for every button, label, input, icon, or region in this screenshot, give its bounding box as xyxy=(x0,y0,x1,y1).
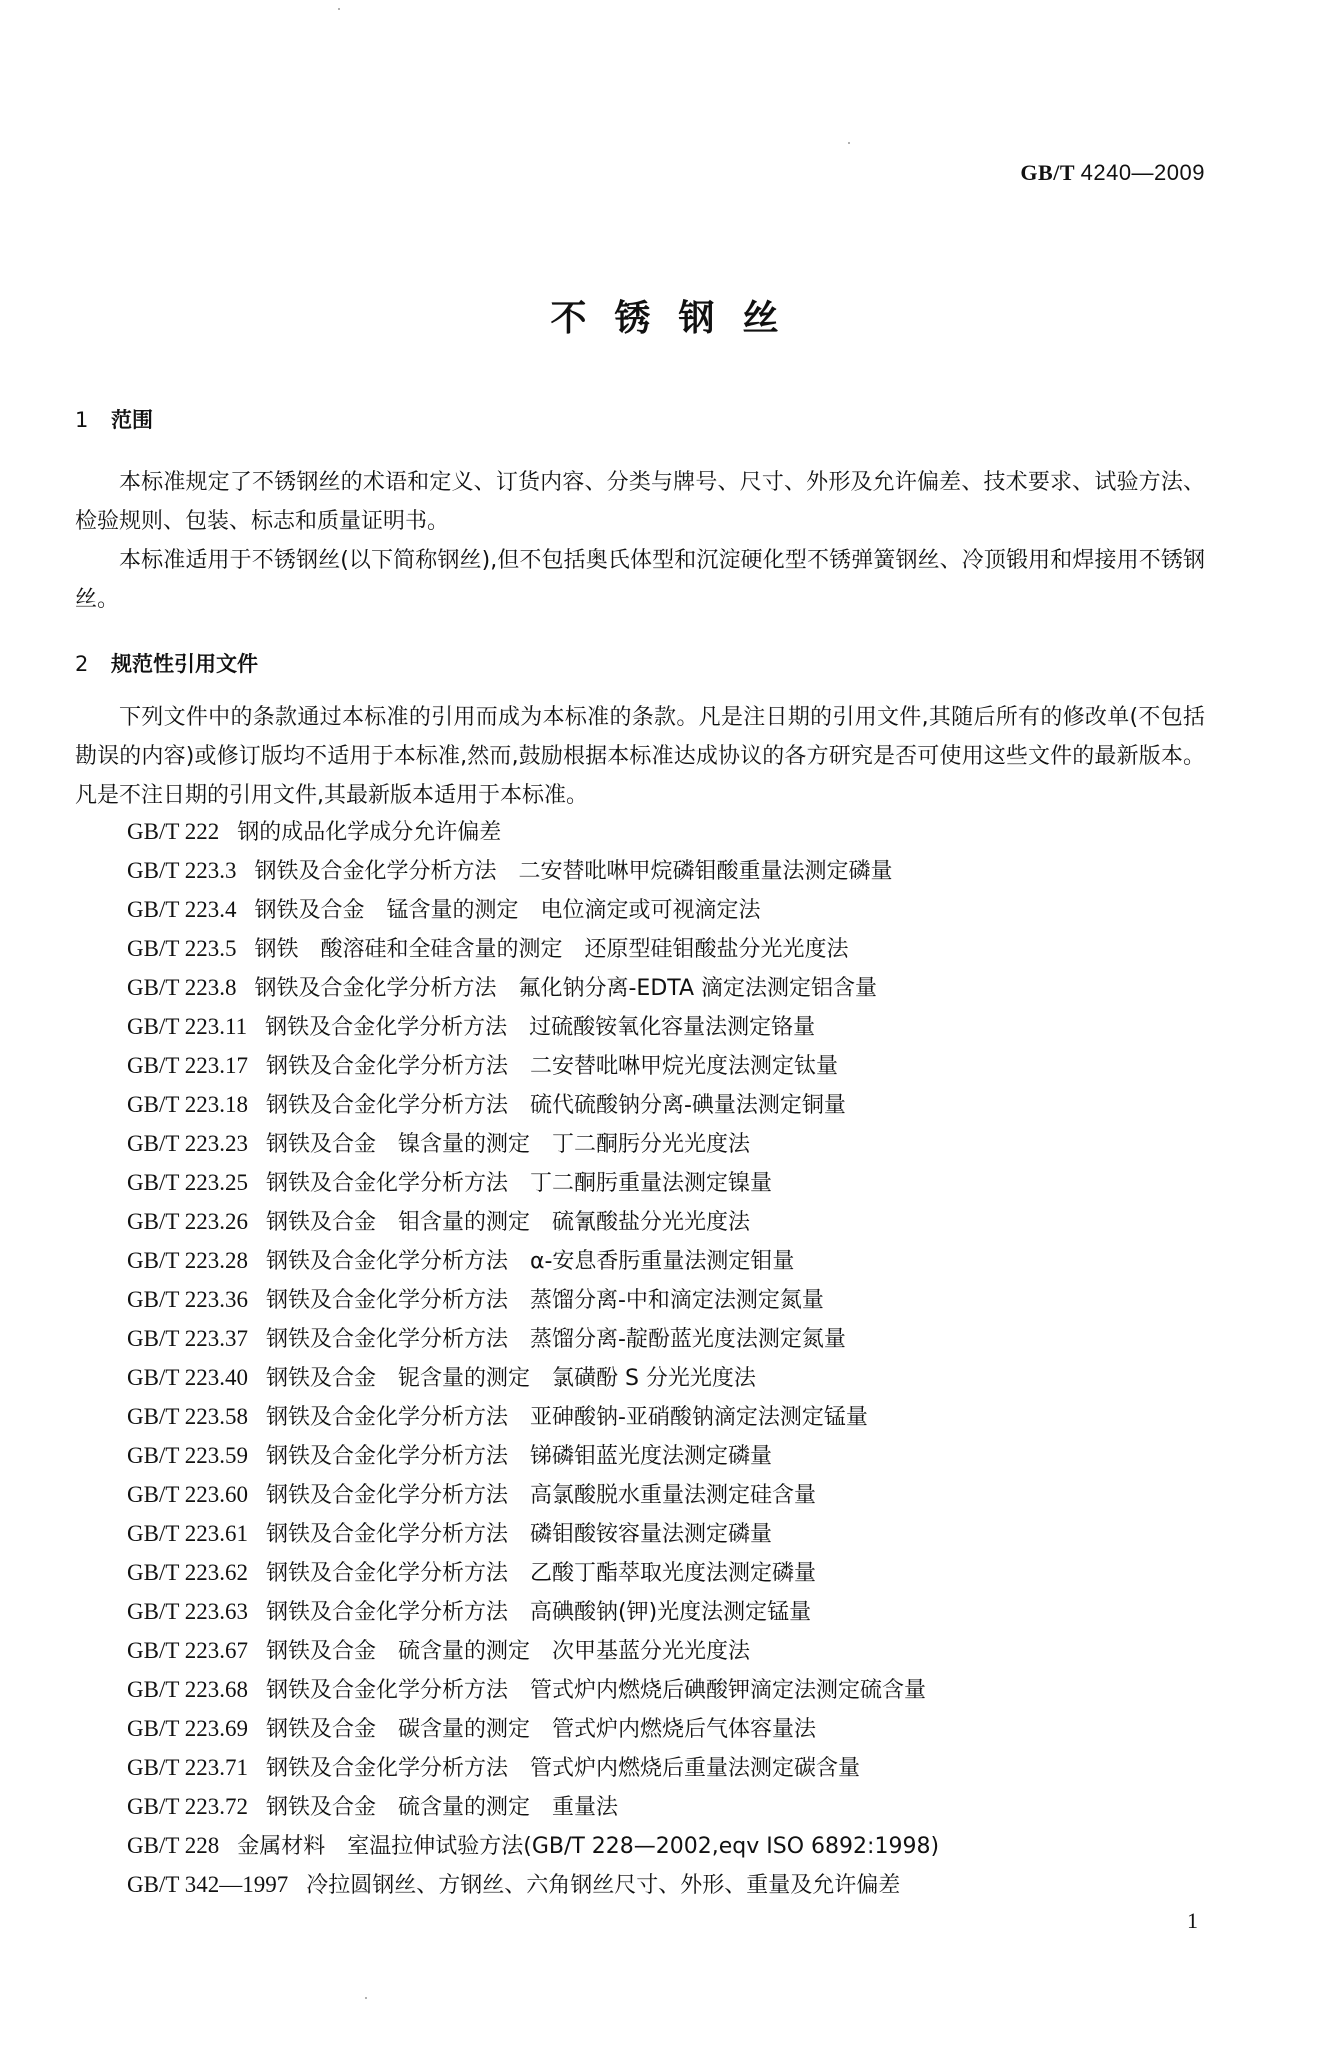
reference-code: GB/T 223.62 xyxy=(127,1553,248,1592)
reference-item: GB/T 223.72钢铁及合金 硫含量的测定 重量法 xyxy=(127,1787,1227,1826)
scope-paragraph-1: 本标准规定了不锈钢丝的术语和定义、订货内容、分类与牌号、尺寸、外形及允许偏差、技… xyxy=(75,463,1205,541)
reference-item: GB/T 222钢的成品化学成分允许偏差 xyxy=(127,812,1227,851)
reference-item: GB/T 223.25钢铁及合金化学分析方法 丁二酮肟重量法测定镍量 xyxy=(127,1163,1227,1202)
reference-code: GB/T 223.61 xyxy=(127,1514,248,1553)
reference-item: GB/T 223.11钢铁及合金化学分析方法 过硫酸铵氧化容量法测定铬量 xyxy=(127,1007,1227,1046)
reference-item: GB/T 223.5钢铁 酸溶硅和全硅含量的测定 还原型硅钼酸盐分光光度法 xyxy=(127,929,1227,968)
reference-code: GB/T 223.60 xyxy=(127,1475,248,1514)
reference-item: GB/T 223.3钢铁及合金化学分析方法 二安替吡啉甲烷磷钼酸重量法测定磷量 xyxy=(127,851,1227,890)
reference-list: GB/T 222钢的成品化学成分允许偏差 GB/T 223.3钢铁及合金化学分析… xyxy=(127,812,1227,1904)
reference-code: GB/T 222 xyxy=(127,812,219,851)
section-title: 规范性引用文件 xyxy=(111,652,258,676)
reference-title: 钢铁及合金化学分析方法 蒸馏分离-中和滴定法测定氮量 xyxy=(266,1288,824,1313)
reference-item: GB/T 223.69钢铁及合金 碳含量的测定 管式炉内燃烧后气体容量法 xyxy=(127,1709,1227,1748)
reference-title: 钢铁及合金 硫含量的测定 次甲基蓝分光光度法 xyxy=(266,1639,750,1664)
reference-item: GB/T 223.4钢铁及合金 锰含量的测定 电位滴定或可视滴定法 xyxy=(127,890,1227,929)
section-title: 范围 xyxy=(111,408,153,432)
reference-title: 钢铁及合金化学分析方法 二安替吡啉甲烷磷钼酸重量法测定磷量 xyxy=(254,859,892,884)
reference-title: 钢铁及合金 铌含量的测定 氯磺酚 S 分光光度法 xyxy=(266,1366,756,1391)
reference-title: 钢铁 酸溶硅和全硅含量的测定 还原型硅钼酸盐分光光度法 xyxy=(254,937,848,962)
reference-item: GB/T 223.58钢铁及合金化学分析方法 亚砷酸钠-亚硝酸钠滴定法测定锰量 xyxy=(127,1397,1227,1436)
reference-code: GB/T 223.8 xyxy=(127,968,236,1007)
section-number: 1 xyxy=(75,408,111,432)
reference-item: GB/T 223.60钢铁及合金化学分析方法 高氯酸脱水重量法测定硅含量 xyxy=(127,1475,1227,1514)
scan-speck xyxy=(848,142,850,144)
reference-code: GB/T 223.5 xyxy=(127,929,236,968)
reference-title: 钢铁及合金化学分析方法 亚砷酸钠-亚硝酸钠滴定法测定锰量 xyxy=(266,1405,868,1430)
reference-code: GB/T 228 xyxy=(127,1826,219,1865)
reference-title: 钢铁及合金化学分析方法 α-安息香肟重量法测定钼量 xyxy=(266,1249,794,1274)
reference-item: GB/T 223.28钢铁及合金化学分析方法 α-安息香肟重量法测定钼量 xyxy=(127,1241,1227,1280)
reference-title: 钢铁及合金化学分析方法 硫代硫酸钠分离-碘量法测定铜量 xyxy=(266,1093,846,1118)
reference-code: GB/T 223.17 xyxy=(127,1046,248,1085)
reference-item: GB/T 342—1997冷拉圆钢丝、方钢丝、六角钢丝尺寸、外形、重量及允许偏差 xyxy=(127,1865,1227,1904)
reference-code: GB/T 223.68 xyxy=(127,1670,248,1709)
reference-item: GB/T 223.68钢铁及合金化学分析方法 管式炉内燃烧后碘酸钾滴定法测定硫含… xyxy=(127,1670,1227,1709)
reference-code: GB/T 223.3 xyxy=(127,851,236,890)
reference-code: GB/T 223.71 xyxy=(127,1748,248,1787)
scope-paragraph-2: 本标准适用于不锈钢丝(以下简称钢丝),但不包括奥氏体型和沉淀硬化型不锈弹簧钢丝、… xyxy=(75,541,1205,619)
reference-code: GB/T 223.69 xyxy=(127,1709,248,1748)
reference-title: 钢铁及合金化学分析方法 蒸馏分离-靛酚蓝光度法测定氮量 xyxy=(266,1327,846,1352)
reference-code: GB/T 223.63 xyxy=(127,1592,248,1631)
page-number: 1 xyxy=(1187,1908,1198,1934)
reference-code: GB/T 223.40 xyxy=(127,1358,248,1397)
reference-item: GB/T 223.26钢铁及合金 钼含量的测定 硫氰酸盐分光光度法 xyxy=(127,1202,1227,1241)
reference-title: 钢铁及合金 钼含量的测定 硫氰酸盐分光光度法 xyxy=(266,1210,750,1235)
reference-item: GB/T 223.63钢铁及合金化学分析方法 高碘酸钠(钾)光度法测定锰量 xyxy=(127,1592,1227,1631)
reference-code: GB/T 223.36 xyxy=(127,1280,248,1319)
standard-code: 4240—2009 xyxy=(1081,160,1205,185)
reference-title: 钢铁及合金化学分析方法 磷钼酸铵容量法测定磷量 xyxy=(266,1522,772,1547)
reference-title: 钢铁及合金化学分析方法 管式炉内燃烧后重量法测定碳含量 xyxy=(266,1756,860,1781)
reference-title: 钢铁及合金化学分析方法 锑磷钼蓝光度法测定磷量 xyxy=(266,1444,772,1469)
reference-code: GB/T 223.4 xyxy=(127,890,236,929)
reference-title: 钢铁及合金 硫含量的测定 重量法 xyxy=(266,1795,618,1820)
reference-item: GB/T 223.36钢铁及合金化学分析方法 蒸馏分离-中和滴定法测定氮量 xyxy=(127,1280,1227,1319)
document-title: 不锈钢丝 xyxy=(0,290,1329,341)
reference-code: GB/T 223.28 xyxy=(127,1241,248,1280)
reference-item: GB/T 223.37钢铁及合金化学分析方法 蒸馏分离-靛酚蓝光度法测定氮量 xyxy=(127,1319,1227,1358)
reference-item: GB/T 223.71钢铁及合金化学分析方法 管式炉内燃烧后重量法测定碳含量 xyxy=(127,1748,1227,1787)
reference-title: 金属材料 室温拉伸试验方法(GB/T 228—2002,eqv ISO 6892… xyxy=(237,1834,939,1859)
reference-code: GB/T 223.72 xyxy=(127,1787,248,1826)
standard-prefix: GB/T xyxy=(1020,160,1074,185)
reference-item: GB/T 223.59钢铁及合金化学分析方法 锑磷钼蓝光度法测定磷量 xyxy=(127,1436,1227,1475)
section-heading-scope: 1范围 xyxy=(75,404,153,434)
reference-code: GB/T 223.25 xyxy=(127,1163,248,1202)
reference-item: GB/T 223.40钢铁及合金 铌含量的测定 氯磺酚 S 分光光度法 xyxy=(127,1358,1227,1397)
reference-item: GB/T 223.62钢铁及合金化学分析方法 乙酸丁酯萃取光度法测定磷量 xyxy=(127,1553,1227,1592)
reference-code: GB/T 223.23 xyxy=(127,1124,248,1163)
reference-title: 冷拉圆钢丝、方钢丝、六角钢丝尺寸、外形、重量及允许偏差 xyxy=(306,1873,900,1898)
reference-item: GB/T 223.67钢铁及合金 硫含量的测定 次甲基蓝分光光度法 xyxy=(127,1631,1227,1670)
reference-item: GB/T 223.23钢铁及合金 镍含量的测定 丁二酮肟分光光度法 xyxy=(127,1124,1227,1163)
reference-code: GB/T 223.67 xyxy=(127,1631,248,1670)
reference-code: GB/T 223.59 xyxy=(127,1436,248,1475)
reference-title: 钢铁及合金化学分析方法 高碘酸钠(钾)光度法测定锰量 xyxy=(266,1600,811,1625)
reference-title: 钢铁及合金化学分析方法 氟化钠分离-EDTA 滴定法测定铝含量 xyxy=(254,976,877,1001)
reference-item: GB/T 223.18钢铁及合金化学分析方法 硫代硫酸钠分离-碘量法测定铜量 xyxy=(127,1085,1227,1124)
reference-code: GB/T 223.26 xyxy=(127,1202,248,1241)
reference-title: 钢铁及合金 锰含量的测定 电位滴定或可视滴定法 xyxy=(254,898,760,923)
section-heading-normative-references: 2规范性引用文件 xyxy=(75,648,258,678)
reference-title: 钢铁及合金 碳含量的测定 管式炉内燃烧后气体容量法 xyxy=(266,1717,816,1742)
scan-speck xyxy=(338,8,340,10)
reference-code: GB/T 223.18 xyxy=(127,1085,248,1124)
reference-item: GB/T 228金属材料 室温拉伸试验方法(GB/T 228—2002,eqv … xyxy=(127,1826,1227,1865)
standard-number: GB/T 4240—2009 xyxy=(1020,160,1205,186)
reference-title: 钢的成品化学成分允许偏差 xyxy=(237,820,501,845)
reference-code: GB/T 223.11 xyxy=(127,1007,247,1046)
scan-speck xyxy=(365,1997,367,1999)
reference-item: GB/T 223.61钢铁及合金化学分析方法 磷钼酸铵容量法测定磷量 xyxy=(127,1514,1227,1553)
reference-title: 钢铁及合金化学分析方法 过硫酸铵氧化容量法测定铬量 xyxy=(265,1015,815,1040)
reference-title: 钢铁及合金 镍含量的测定 丁二酮肟分光光度法 xyxy=(266,1132,750,1157)
reference-code: GB/T 223.37 xyxy=(127,1319,248,1358)
reference-code: GB/T 223.58 xyxy=(127,1397,248,1436)
reference-title: 钢铁及合金化学分析方法 二安替吡啉甲烷光度法测定钛量 xyxy=(266,1054,838,1079)
reference-title: 钢铁及合金化学分析方法 高氯酸脱水重量法测定硅含量 xyxy=(266,1483,816,1508)
reference-title: 钢铁及合金化学分析方法 管式炉内燃烧后碘酸钾滴定法测定硫含量 xyxy=(266,1678,926,1703)
reference-item: GB/T 223.8钢铁及合金化学分析方法 氟化钠分离-EDTA 滴定法测定铝含… xyxy=(127,968,1227,1007)
reference-code: GB/T 342—1997 xyxy=(127,1865,288,1904)
reference-item: GB/T 223.17钢铁及合金化学分析方法 二安替吡啉甲烷光度法测定钛量 xyxy=(127,1046,1227,1085)
section-number: 2 xyxy=(75,652,111,676)
reference-title: 钢铁及合金化学分析方法 乙酸丁酯萃取光度法测定磷量 xyxy=(266,1561,816,1586)
reference-title: 钢铁及合金化学分析方法 丁二酮肟重量法测定镍量 xyxy=(266,1171,772,1196)
references-intro-paragraph: 下列文件中的条款通过本标准的引用而成为本标准的条款。凡是注日期的引用文件,其随后… xyxy=(75,698,1205,815)
